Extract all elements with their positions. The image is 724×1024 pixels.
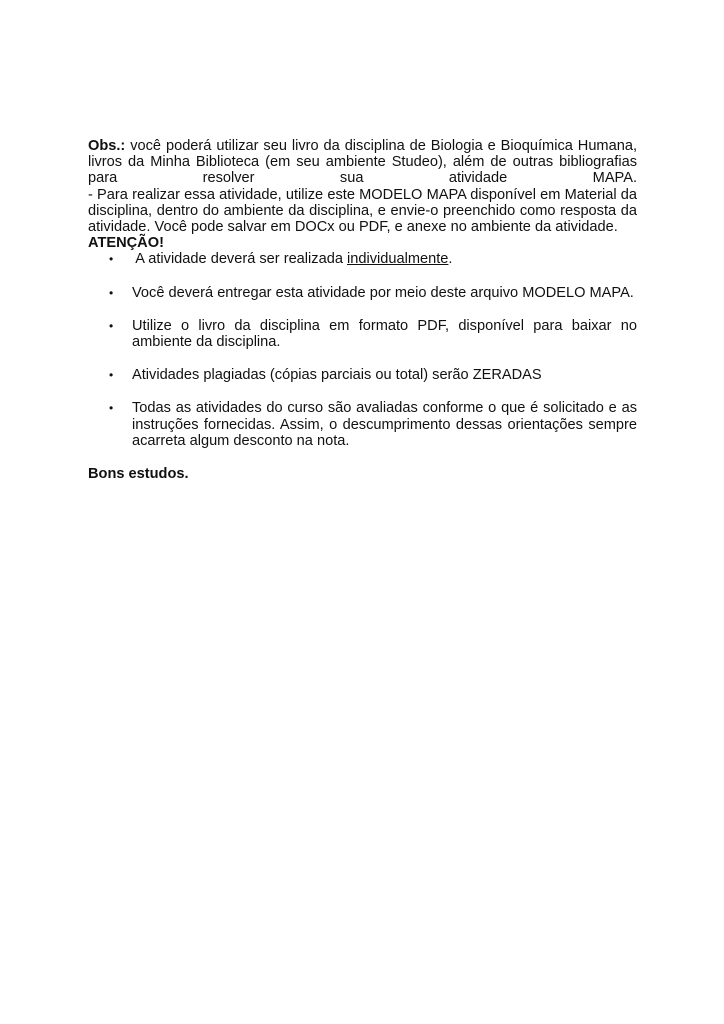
bullet-icon: • [109, 251, 113, 267]
instructions-list: • A atividade deverá ser realizada indiv… [88, 251, 637, 449]
obs-text: você poderá utilizar seu livro da discip… [88, 138, 637, 186]
list-item-text: Todas as atividades do curso são avaliad… [132, 400, 637, 448]
list-item: • A atividade deverá ser realizada indiv… [88, 251, 637, 267]
obs-paragraph: Obs.: você poderá utilizar seu livro da … [88, 138, 637, 187]
list-item: • Utilize o livro da disciplina em forma… [88, 318, 637, 350]
bullet-icon: • [109, 367, 113, 383]
list-item-text: Utilize o livro da disciplina em formato… [132, 318, 637, 350]
emphasis-underlined: individualmente [347, 251, 448, 267]
list-item-text: A atividade deverá ser realizada individ… [132, 251, 452, 267]
list-item: • Todas as atividades do curso são avali… [88, 400, 637, 449]
bullet-icon: • [109, 318, 113, 334]
bullet-icon: • [109, 285, 113, 301]
list-item-text: Atividades plagiadas (cópias parciais ou… [132, 367, 542, 383]
attention-heading: ATENÇÃO! [88, 235, 637, 251]
bullet-icon: • [109, 400, 113, 416]
instructions-paragraph: - Para realizar essa atividade, utilize … [88, 187, 637, 236]
document-page: Obs.: você poderá utilizar seu livro da … [88, 138, 637, 482]
obs-label: Obs.: [88, 138, 125, 154]
list-item-text: Você deverá entregar esta atividade por … [132, 285, 634, 301]
list-item: • Atividades plagiadas (cópias parciais … [88, 367, 637, 383]
list-item: • Você deverá entregar esta atividade po… [88, 285, 637, 301]
closing-text: Bons estudos. [88, 466, 637, 482]
